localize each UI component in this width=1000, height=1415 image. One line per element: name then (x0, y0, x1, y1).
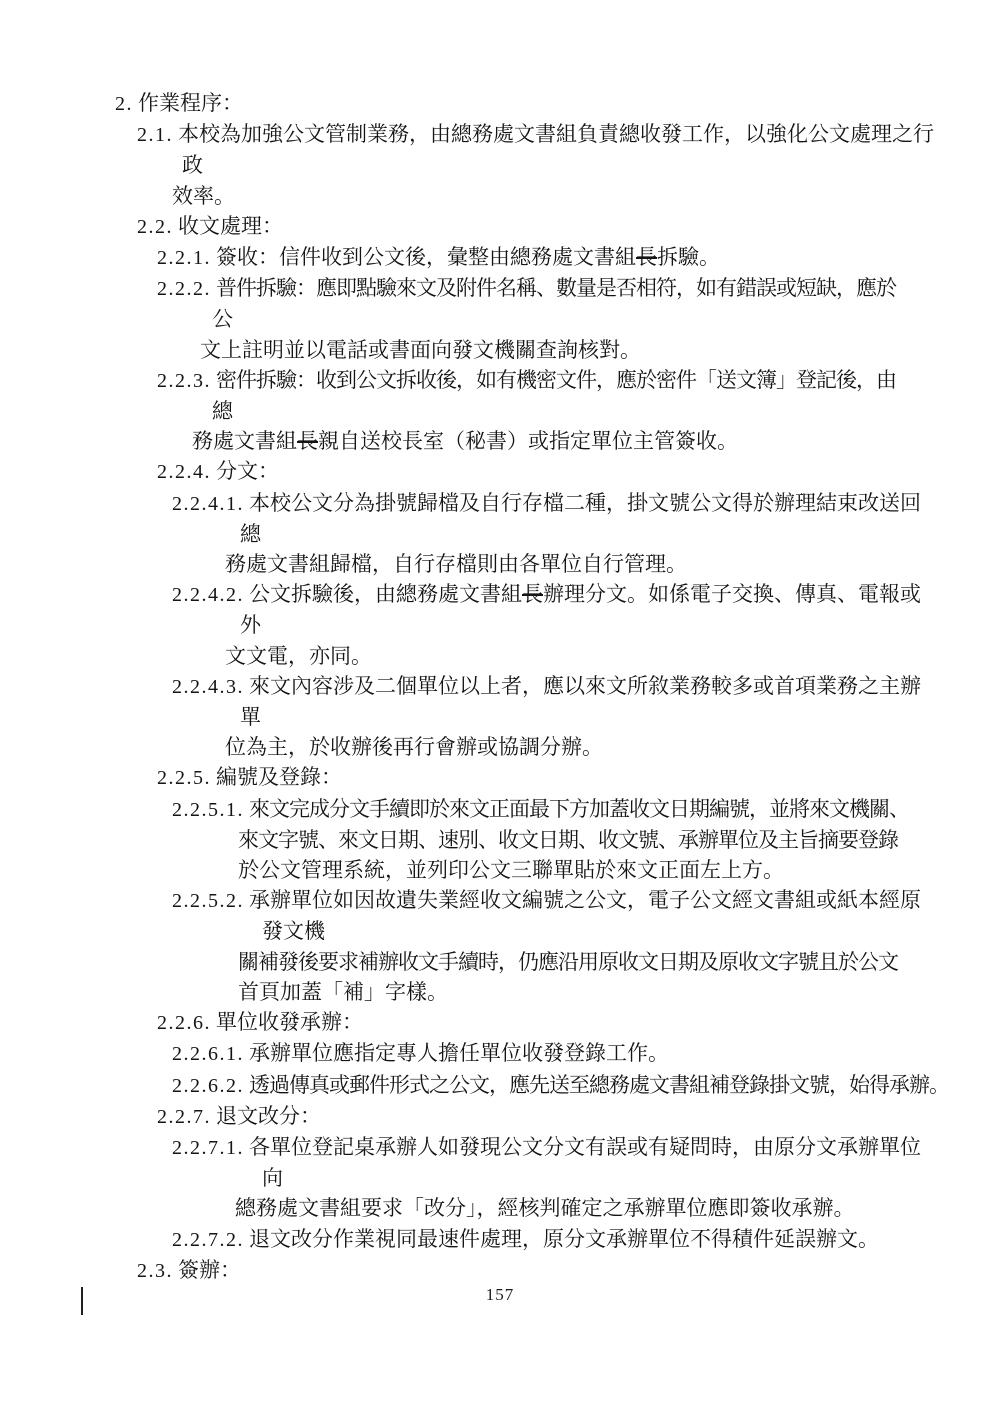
text-run: 來文完成分文手續即於來文正面最下方加蓋收文日期編號，並將來文機關、 (249, 797, 909, 821)
text-line: 2.2.6.2.透過傳真或郵件形式之公文，應先送至總務處文書組補登錄掛文號，始得… (0, 1070, 1000, 1101)
text-run: 編號及登錄： (216, 765, 342, 789)
text-line: 關補發後要求補辦收文手續時，仍應沿用原收文日期及原收文字號且於公文 (0, 947, 1000, 977)
text-run: 退文改分： (216, 1104, 321, 1128)
document-body: 2.作業程序：2.1.本校為加強公文管制業務，由總務處文書組負責總收發工作，以強… (0, 88, 1000, 1286)
text-line: 2.2.6.單位收發承辦： (0, 1007, 1000, 1038)
text-line: 文上註明並以電話或書面向發文機關查詢核對。 (0, 335, 1000, 365)
text-run: 承辦單位如因故遺失業經收文編號之公文，電子公文經文書組或紙本經原 (249, 888, 921, 912)
text-line: 總務處文書組要求「改分」，經核判確定之承辦單位應即簽收承辦。 (0, 1193, 1000, 1223)
text-run: 向 (262, 1166, 283, 1190)
text-line: 效率。 (0, 181, 1000, 211)
text-run: 收文處理： (178, 214, 283, 238)
text-run: 透過傳真或郵件形式之公文，應先送至總務處文書組補登錄掛文號，始得承辦。 (249, 1073, 949, 1097)
text-run: 單 (240, 705, 261, 729)
text-line: 2.2.收文處理： (0, 211, 1000, 242)
text-line: 2.2.5.2.承辦單位如因故遺失業經收文編號之公文，電子公文經文書組或紙本經原 (0, 885, 1000, 916)
text-line: 2.3.簽辦： (0, 1255, 1000, 1286)
text-run: 發文機 (262, 919, 325, 943)
section-number: 2.2.1. (157, 243, 211, 273)
section-number: 2.2.6.2. (172, 1071, 244, 1101)
section-number: 2.2.4.3. (172, 672, 244, 702)
text-line: 政 (0, 150, 1000, 180)
text-line: 發文機 (0, 916, 1000, 946)
section-number: 2.2.4.2. (172, 580, 244, 610)
text-line: 外 (0, 610, 1000, 640)
text-line: 2.2.5.1.來文完成分文手續即於來文正面最下方加蓋收文日期編號，並將來文機關… (0, 794, 1000, 825)
text-run: 本校為加強公文管制業務，由總務處文書組負責總收發工作，以強化公文處理之行 (178, 122, 934, 146)
text-line: 位為主，於收辦後再行會辦或協調分辦。 (0, 732, 1000, 762)
text-run: 作業程序： (138, 91, 243, 115)
text-line: 首頁加蓋「補」字樣。 (0, 977, 1000, 1007)
text-line: 2.2.5.編號及登錄： (0, 762, 1000, 793)
text-line: 公 (0, 304, 1000, 334)
struck-text: 長 (522, 582, 543, 606)
text-run: 總務處文書組要求「改分」，經核判確定之承辦單位應即簽收承辦。 (235, 1196, 855, 1220)
text-run: 退文改分作業視同最速件處理，原分文承辦單位不得積件延誤辦文。 (249, 1227, 879, 1251)
text-run: 總 (240, 522, 261, 546)
text-run: 公 (212, 307, 233, 331)
section-number: 2.3. (137, 1256, 173, 1286)
text-run: 政 (182, 153, 203, 177)
text-line: 2.2.7.1.各單位登記桌承辦人如發現公文分文有誤或有疑問時，由原分文承辦單位 (0, 1132, 1000, 1163)
text-line: 總 (0, 519, 1000, 549)
text-line: 2.2.6.1.承辦單位應指定專人擔任單位收發登錄工作。 (0, 1038, 1000, 1069)
text-line: 來文字號、來文日期、速別、收文日期、收文號、承辦單位及主旨摘要登錄 (0, 825, 1000, 855)
text-run: 文文電，亦同。 (225, 644, 372, 668)
section-number: 2.2.7. (157, 1102, 211, 1132)
text-run: 密件拆驗：收到公文拆收後，如有機密文件，應於密件「送文簿」登記後，由 (216, 368, 896, 392)
text-line: 2.2.4.3.來文內容涉及二個單位以上者，應以來文所敘業務較多或首項業務之主辦 (0, 671, 1000, 702)
text-run: 本校公文分為掛號歸檔及自行存檔二種，掛文號公文得於辦理結束改送回 (249, 491, 921, 515)
text-run: 務處文書組 (192, 429, 297, 453)
struck-text: 長 (297, 429, 318, 453)
text-line: 2.2.7.2.退文改分作業視同最速件處理，原分文承辦單位不得積件延誤辦文。 (0, 1224, 1000, 1255)
text-run: 於公文管理系統，並列印公文三聯單貼於來文正面左上方。 (238, 858, 784, 882)
text-run: 總 (212, 399, 233, 423)
text-line: 總 (0, 396, 1000, 426)
text-run: 單位收發承辦： (216, 1010, 363, 1034)
text-run: 效率。 (172, 184, 235, 208)
text-line: 2.2.3.密件拆驗：收到公文拆收後，如有機密文件，應於密件「送文簿」登記後，由 (0, 365, 1000, 396)
section-number: 2.1. (137, 120, 173, 150)
text-run: 拆驗。 (657, 245, 720, 269)
text-line: 務處文書組長親自送校長室（秘書）或指定單位主管簽收。 (0, 426, 1000, 456)
text-run: 分文： (216, 459, 279, 483)
text-run: 來文字號、來文日期、速別、收文日期、收文號、承辦單位及主旨摘要登錄 (238, 828, 898, 852)
section-number: 2.2.3. (157, 366, 211, 396)
text-run: 簽收：信件收到公文後，彙整由總務處文書組 (216, 245, 636, 269)
page-number: 157 (0, 1285, 1000, 1305)
section-number: 2.2.5.1. (172, 795, 244, 825)
text-line: 2.2.1.簽收：信件收到公文後，彙整由總務處文書組長拆驗。 (0, 242, 1000, 273)
section-number: 2.2.7.2. (172, 1225, 244, 1255)
section-number: 2.2.4.1. (172, 489, 244, 519)
text-run: 辦理分文。如係電子交換、傳真、電報或 (543, 582, 921, 606)
text-line: 2.作業程序： (0, 88, 1000, 119)
section-number: 2.2. (137, 212, 173, 242)
section-number: 2.2.7.1. (172, 1133, 244, 1163)
text-line: 2.2.2.普件拆驗：應即點驗來文及附件名稱、數量是否相符，如有錯誤或短缺，應於 (0, 273, 1000, 304)
text-run: 位為主，於收辦後再行會辦或協調分辦。 (225, 735, 603, 759)
text-line: 2.2.4.2.公文拆驗後，由總務處文書組長辦理分文。如係電子交換、傳真、電報或 (0, 579, 1000, 610)
text-run: 首頁加蓋「補」字樣。 (238, 980, 448, 1004)
text-line: 2.2.4.1.本校公文分為掛號歸檔及自行存檔二種，掛文號公文得於辦理結束改送回 (0, 488, 1000, 519)
text-run: 外 (240, 613, 261, 637)
text-run: 來文內容涉及二個單位以上者，應以來文所敘業務較多或首項業務之主辦 (249, 674, 921, 698)
text-line: 於公文管理系統，並列印公文三聯單貼於來文正面左上方。 (0, 855, 1000, 885)
text-run: 普件拆驗：應即點驗來文及附件名稱、數量是否相符，如有錯誤或短缺，應於 (216, 276, 896, 300)
text-line: 2.2.7.退文改分： (0, 1101, 1000, 1132)
text-run: 承辦單位應指定專人擔任單位收發登錄工作。 (249, 1041, 669, 1065)
text-run: 關補發後要求補辦收文手續時，仍應沿用原收文日期及原收文字號且於公文 (238, 950, 898, 974)
text-line: 2.1.本校為加強公文管制業務，由總務處文書組負責總收發工作，以強化公文處理之行 (0, 119, 1000, 150)
section-number: 2.2.5.2. (172, 886, 244, 916)
text-run: 親自送校長室（秘書）或指定單位主管簽收。 (318, 429, 738, 453)
text-run: 公文拆驗後，由總務處文書組 (249, 582, 522, 606)
text-line: 務處文書組歸檔，自行存檔則由各單位自行管理。 (0, 549, 1000, 579)
section-number: 2.2.6. (157, 1008, 211, 1038)
text-run: 文上註明並以電話或書面向發文機關查詢核對。 (200, 338, 641, 362)
section-number: 2.2.5. (157, 763, 211, 793)
text-line: 向 (0, 1163, 1000, 1193)
text-line: 2.2.4.分文： (0, 456, 1000, 487)
text-line: 文文電，亦同。 (0, 641, 1000, 671)
section-number: 2.2.2. (157, 274, 211, 304)
text-run: 各單位登記桌承辦人如發現公文分文有誤或有疑問時，由原分文承辦單位 (249, 1135, 921, 1159)
struck-text: 長 (636, 245, 657, 269)
text-line: 單 (0, 702, 1000, 732)
section-number: 2.2.6.1. (172, 1039, 244, 1069)
text-run: 簽辦： (178, 1258, 241, 1282)
document-page: 2.作業程序：2.1.本校為加強公文管制業務，由總務處文書組負責總收發工作，以強… (0, 0, 1000, 1415)
section-number: 2.2.4. (157, 457, 211, 487)
text-run: 務處文書組歸檔，自行存檔則由各單位自行管理。 (225, 552, 687, 576)
section-number: 2. (115, 89, 133, 119)
